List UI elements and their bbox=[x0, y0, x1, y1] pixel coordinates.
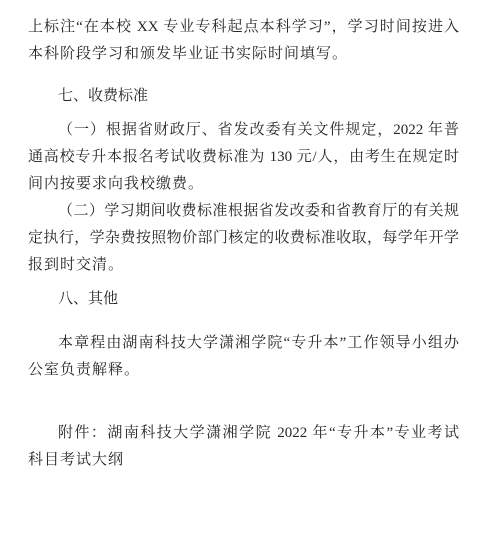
section7-item1-paragraph: （一）根据省财政厅、省发改委有关文件规定，2022 年普 通高校专升本报名考试收… bbox=[28, 117, 459, 198]
doc-line: 间内按要求向我校缴费。 bbox=[28, 171, 459, 198]
doc-line: （二）学习期间收费标准根据省发改委和省教育厅的有关规 bbox=[28, 198, 459, 225]
document-page: 上标注“在本校 XX 专业专科起点本科学习”，学习时间按进入 本科阶段学习和颁发… bbox=[0, 0, 491, 541]
document-content: 上标注“在本校 XX 专业专科起点本科学习”，学习时间按进入 本科阶段学习和颁发… bbox=[28, 14, 459, 474]
section8-body-paragraph: 本章程由湖南科技大学潇湘学院“专升本”工作领导小组办 公室负责解释。 bbox=[28, 330, 459, 384]
attachment-paragraph: 附件：湖南科技大学潇湘学院 2022 年“专升本”专业考试 科目考试大纲 bbox=[28, 420, 459, 474]
doc-line: 本章程由湖南科技大学潇湘学院“专升本”工作领导小组办 bbox=[28, 330, 459, 357]
intro-paragraph: 上标注“在本校 XX 专业专科起点本科学习”，学习时间按进入 本科阶段学习和颁发… bbox=[28, 14, 459, 68]
section8-heading: 八、其他 bbox=[28, 286, 459, 313]
section7-item2-paragraph: （二）学习期间收费标准根据省发改委和省教育厅的有关规 定执行，学杂费按照物价部门… bbox=[28, 198, 459, 279]
section7-heading: 七、收费标准 bbox=[28, 83, 459, 110]
doc-line: 报到时交清。 bbox=[28, 252, 459, 279]
doc-line: （一）根据省财政厅、省发改委有关文件规定，2022 年普 bbox=[28, 117, 459, 144]
doc-line: 上标注“在本校 XX 专业专科起点本科学习”，学习时间按进入 bbox=[28, 14, 459, 41]
doc-line: 公室负责解释。 bbox=[28, 357, 459, 384]
doc-line: 附件：湖南科技大学潇湘学院 2022 年“专升本”专业考试 bbox=[28, 420, 459, 447]
doc-line: 通高校专升本报名考试收费标准为 130 元/人，由考生在规定时 bbox=[28, 144, 459, 171]
doc-line: 定执行，学杂费按照物价部门核定的收费标准收取，每学年开学 bbox=[28, 225, 459, 252]
doc-line: 科目考试大纲 bbox=[28, 447, 459, 474]
doc-line: 本科阶段学习和颁发毕业证书实际时间填写。 bbox=[28, 41, 459, 68]
